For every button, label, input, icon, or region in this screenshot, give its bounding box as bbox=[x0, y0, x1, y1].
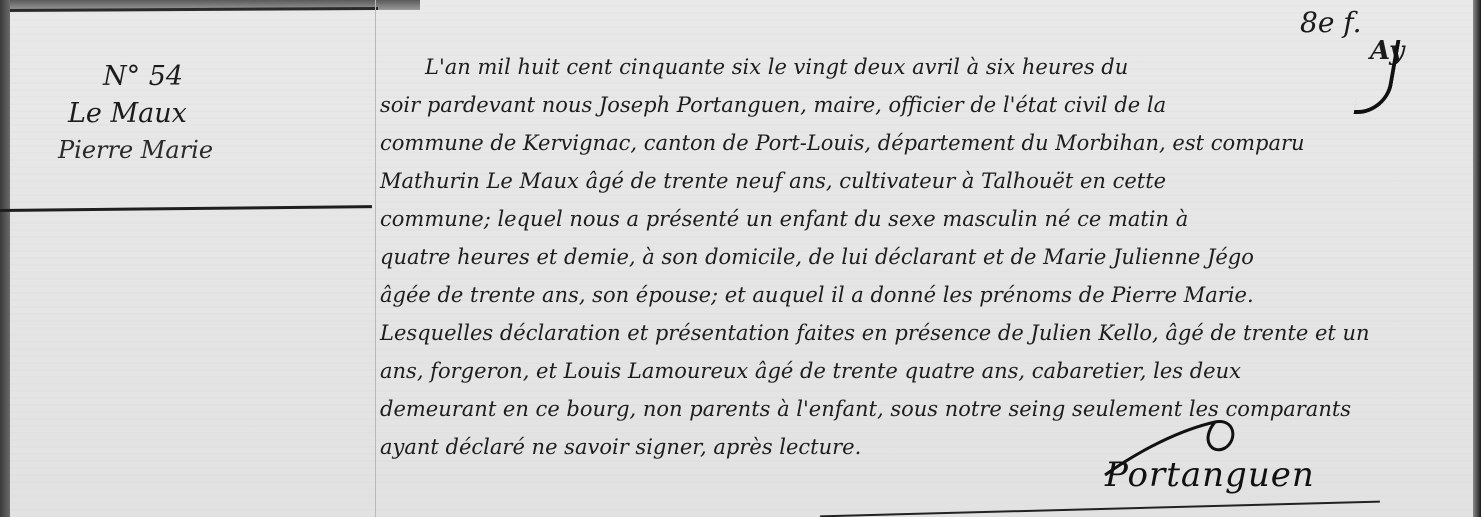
page-left-edge bbox=[0, 0, 10, 517]
page-right-edge bbox=[1473, 0, 1481, 517]
margin-entry-rule bbox=[0, 205, 372, 212]
body-line: commune; lequel nous a présenté un enfan… bbox=[380, 207, 1188, 231]
margin-divider bbox=[375, 0, 376, 517]
body-line: Mathurin Le Maux âgé de trente neuf ans,… bbox=[380, 169, 1166, 193]
register-page: N° 54 Le Maux Pierre Marie 8e f. Ay L'an… bbox=[0, 0, 1481, 517]
margin-annotation: N° 54 Le Maux Pierre Marie bbox=[58, 58, 358, 169]
body-line: âgée de trente ans, son épouse; et auque… bbox=[380, 283, 1254, 307]
body-line: ans, forgeron, et Louis Lamoureux âgé de… bbox=[380, 359, 1241, 383]
body-line: Lesquelles déclaration et présentation f… bbox=[380, 321, 1370, 345]
margin-surname: Le Maux bbox=[58, 95, 358, 132]
body-line: L'an mil huit cent cinquante six le ving… bbox=[425, 55, 1128, 79]
mayor-signature: Portanguen bbox=[1105, 455, 1315, 495]
corner-note-text: 8e f. bbox=[1300, 6, 1362, 39]
corner-note: 8e f. Ay bbox=[1300, 8, 1362, 38]
top-rule bbox=[0, 7, 378, 12]
signature-underline bbox=[820, 501, 1380, 517]
body-line: commune de Kervignac, canton de Port-Lou… bbox=[380, 131, 1305, 155]
entry-number: N° 54 bbox=[58, 58, 358, 95]
margin-given-names: Pierre Marie bbox=[58, 132, 358, 169]
bracket-mark-icon bbox=[1353, 40, 1400, 114]
body-line: ayant déclaré ne savoir signer, après le… bbox=[380, 435, 861, 459]
body-line: quatre heures et demie, à son domicile, … bbox=[380, 245, 1254, 269]
body-line: soir pardevant nous Joseph Portanguen, m… bbox=[380, 93, 1166, 117]
